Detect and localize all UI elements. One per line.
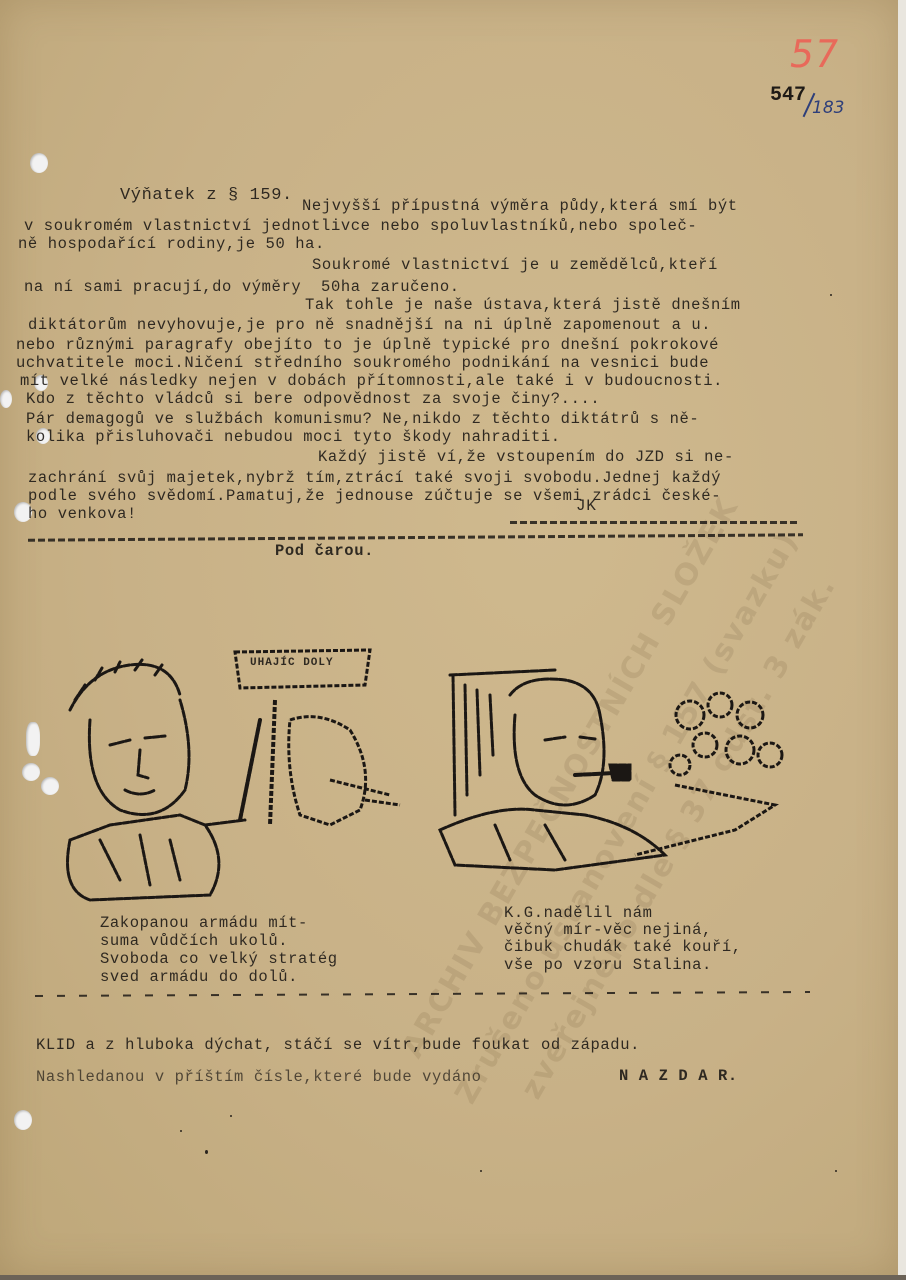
ink-speck: [180, 1130, 182, 1132]
cartoon-caption-line: Zakopanou armádu mít-: [100, 915, 308, 931]
closing-salutation: N A Z D A R.: [619, 1068, 738, 1084]
body-line: diktátorům nevyhovuje,je pro ně snadnějš…: [28, 317, 711, 333]
scan-edge: [898, 0, 906, 1280]
cartoon-banner-text: UHAJÍC DOLY: [250, 655, 334, 671]
ink-speck: [205, 1150, 208, 1154]
body-line: kolika přisluhovači nebudou moci tyto šk…: [26, 429, 561, 445]
cartoon-caption-line: vše po vzoru Stalina.: [504, 957, 712, 973]
body-line: zachrání svůj majetek,nybrž tím,ztrácí t…: [28, 470, 721, 486]
separator-line: [35, 991, 810, 997]
scan-edge: [0, 1275, 906, 1280]
section-title: Pod čarou.: [275, 543, 374, 559]
punch-hole: [0, 390, 12, 408]
body-line: uchvatitele moci.Ničení středního soukro…: [16, 355, 709, 371]
cartoon-caption-line: sved armádu do dolů.: [100, 969, 298, 985]
body-line: mít velké následky nejen v dobách přítom…: [20, 373, 723, 389]
body-line: Soukromé vlastnictví je u zemědělců,kteř…: [312, 257, 718, 273]
ink-speck: [480, 1170, 482, 1172]
body-line: ho venkova!: [28, 506, 137, 522]
document-page: ARCHIV BEZPEČNOSTNÍCH SLOŽEK Zrušeno ust…: [0, 0, 898, 1275]
ink-speck: [230, 1115, 232, 1117]
cartoon-caption-line: čibuk chudák také kouří,: [504, 939, 742, 955]
cartoon-caption-line: věčný mír-věc nejiná,: [504, 922, 712, 938]
body-line: nebo různými paragrafy obejíto to je úpl…: [16, 337, 719, 353]
ink-speck: [830, 294, 832, 296]
archive-red-number: 57: [786, 32, 842, 76]
body-line: ně hospodařící rodiny,je 50 ha.: [18, 236, 325, 252]
cartoon-caption-line: K.G.nadělil nám: [504, 905, 653, 921]
body-line: podle svého svědomí.Pamatuj,že jednouse …: [28, 488, 721, 504]
cartoon-caption-line: suma vůdčích ukolů.: [100, 933, 288, 949]
separator-line: [510, 521, 800, 524]
excerpt-title: Výňatek z § 159.: [120, 188, 293, 204]
punch-hole: [14, 1110, 32, 1130]
body-line: na ní sami pracují,do výměry 50ha zaruče…: [24, 279, 460, 295]
body-line: Nejvyšší přípustná výměra půdy,která smí…: [302, 198, 738, 214]
body-line: Každý jistě ví,že vstoupením do JZD si n…: [318, 449, 734, 465]
signature: JK: [576, 498, 596, 514]
cartoon-pipe-smoker-illustration: [435, 655, 805, 885]
ink-speck: [835, 1170, 837, 1172]
punch-hole: [30, 153, 48, 173]
cartoon-officer-illustration: [30, 640, 430, 910]
body-line: Kdo z těchto vládců si bere odpovědnost …: [26, 391, 600, 407]
body-line: Pár demagogů ve službách komunismu? Ne,n…: [26, 411, 699, 427]
archive-blue-number: 183: [812, 98, 844, 118]
body-line: v soukromém vlastnictví jednotlivce nebo…: [24, 218, 697, 234]
archive-stamped-number: 547: [770, 84, 806, 107]
body-line: Tak tohle je naše ústava,která jistě dne…: [305, 297, 741, 313]
cartoon-caption-line: Svoboda co velký stratég: [100, 951, 338, 967]
footer-line: KLID a z hluboka dýchat, stáčí se vítr,b…: [36, 1037, 640, 1053]
footer-line: Nashledanou v příštím čísle,které bude v…: [36, 1069, 482, 1085]
